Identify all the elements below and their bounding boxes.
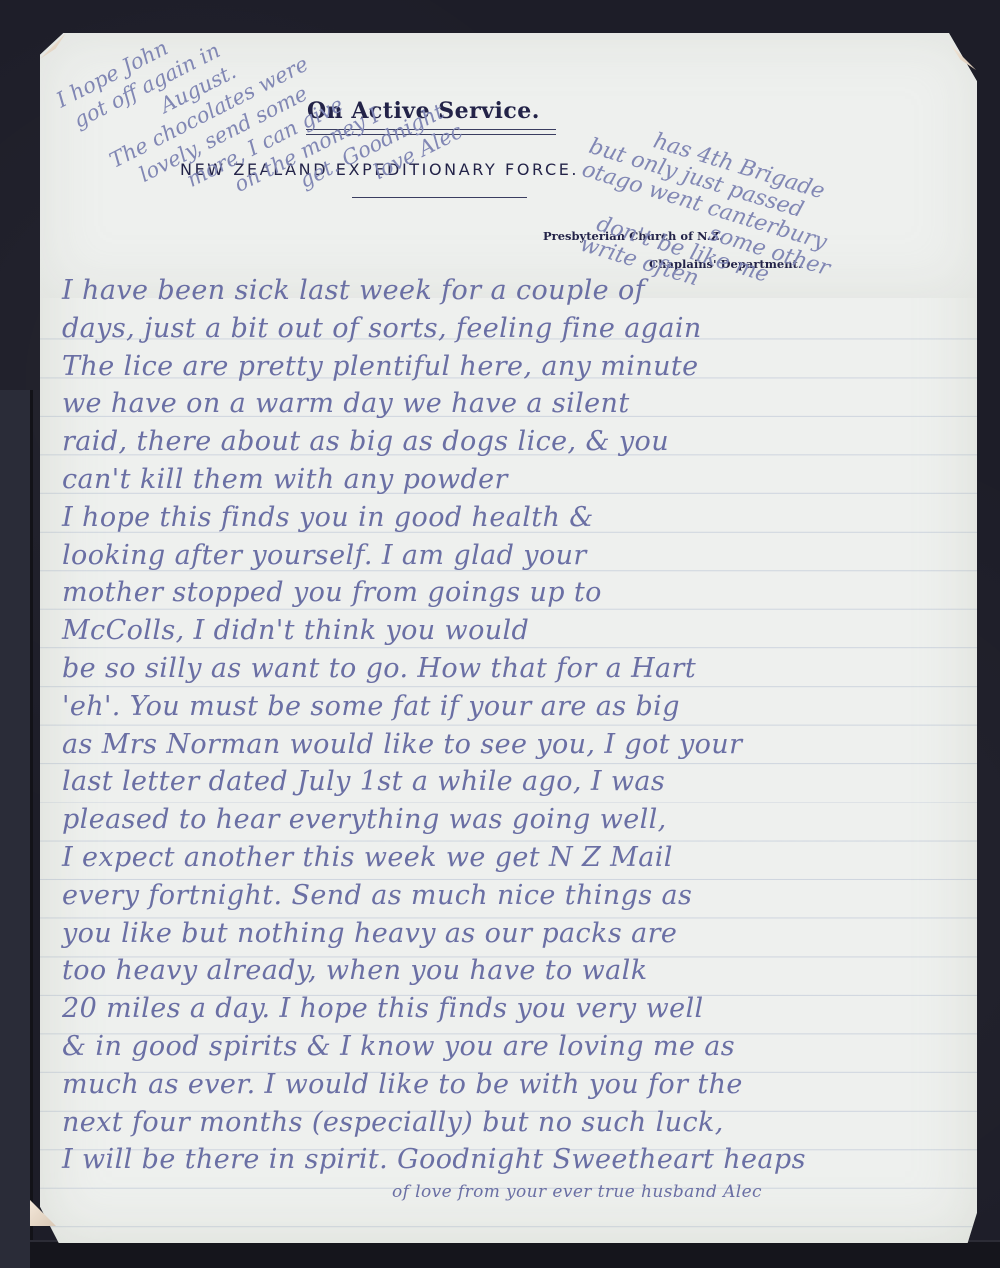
letter-line: you like but nothing heavy as our packs … — [62, 915, 972, 953]
letter-line: 'eh'. You must be some fat if your are a… — [62, 688, 972, 726]
letter-line: every fortnight. Send as much nice thing… — [62, 877, 972, 915]
letterhead-rule — [352, 197, 527, 198]
letter-line: can't kill them with any powder — [62, 461, 972, 499]
letter-line: mother stopped you from goings up to — [62, 574, 972, 612]
letter-line: raid, there about as big as dogs lice, &… — [62, 423, 972, 461]
letter-line: be so silly as want to go. How that for … — [62, 650, 972, 688]
letter-body: I have been sick last week for a couple … — [62, 272, 972, 1205]
mount-bottom-edge — [30, 1240, 1000, 1268]
letter-line: McColls, I didn't think you would — [62, 612, 972, 650]
letter-line: looking after yourself. I am glad your — [62, 537, 972, 575]
signature-line: of love from your ever true husband Alec — [62, 1179, 972, 1205]
letter-line: last letter dated July 1st a while ago, … — [62, 763, 972, 801]
letter-line: I have been sick last week for a couple … — [62, 272, 972, 310]
letter-line: we have on a warm day we have a silent — [62, 385, 972, 423]
letter-line: as Mrs Norman would like to see you, I g… — [62, 726, 972, 764]
letter-line: & in good spirits & I know you are lovin… — [62, 1028, 972, 1066]
letter-line: next four months (especially) but no suc… — [62, 1104, 972, 1142]
letter-line: I hope this finds you in good health & — [62, 499, 972, 537]
letter-line: pleased to hear everything was going wel… — [62, 801, 972, 839]
mount-left-edge — [0, 390, 33, 1268]
letter-line: days, just a bit out of sorts, feeling f… — [62, 310, 972, 348]
letter-line: much as ever. I would like to be with yo… — [62, 1066, 972, 1104]
letter-line: 20 miles a day. I hope this finds you ve… — [62, 990, 972, 1028]
letter-line: too heavy already, when you have to walk — [62, 952, 972, 990]
letter-line: The lice are pretty plentiful here, any … — [62, 348, 972, 386]
letter-line: I will be there in spirit. Goodnight Swe… — [62, 1141, 972, 1179]
letter-line: I expect another this week we get N Z Ma… — [62, 839, 972, 877]
